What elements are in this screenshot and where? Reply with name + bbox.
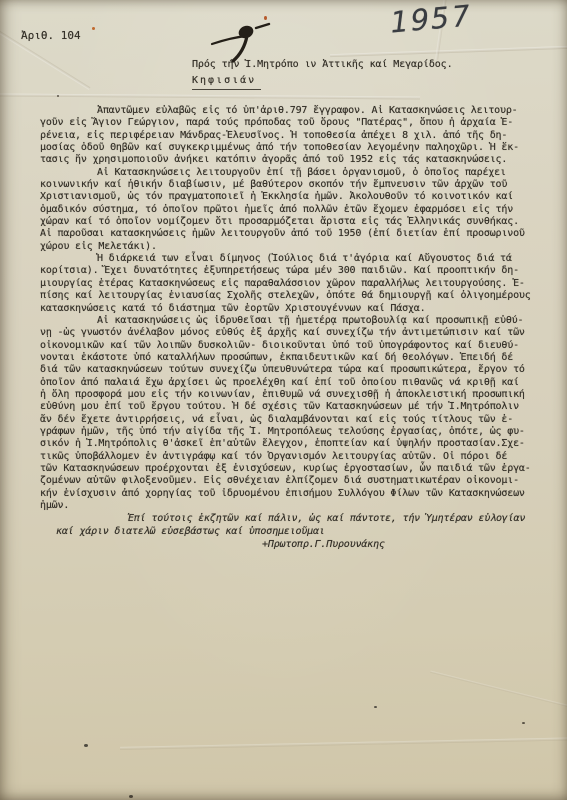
body-line: Χριστιανισμοῦ, ὡς τόν πραγματοποιεῖ ἡ Ἐκ… bbox=[40, 191, 552, 203]
recipient-block: Πρός τήν Ἱ.Μητρόπο ιν Ἀττικῆς καί Μεγαρί… bbox=[192, 57, 453, 90]
reference-number: Ἀριθ. 104 bbox=[21, 29, 81, 42]
paper-speck bbox=[522, 722, 525, 724]
body-line: τικῶς ὑποβάλλομεν ἐν ἀντιγράφῳ καί τόν Ὀ… bbox=[40, 451, 552, 463]
body-line: κατασκηνώσεις κατά τό διάστημα τῶν ἑορτῶ… bbox=[40, 303, 552, 315]
body-line: εὐθύνη μου ἐπί τοῦ ἔργου τούτου. Ἡ δέ σχ… bbox=[40, 401, 552, 413]
paper-speck bbox=[129, 795, 133, 798]
body-line: τῶν Κατασκηνώσεων προέρχονται ἐξ ἐνισχύσ… bbox=[40, 463, 552, 475]
body-line: ζομένων αὐτῶν φιλοξενοῦμεν. Εἰς σθνέχεια… bbox=[40, 475, 552, 487]
closing-line: Ἐπί τούτοις ἐκζητῶν καί πάλιν, ὡς καί πά… bbox=[56, 513, 525, 526]
paper-speck bbox=[92, 27, 95, 30]
scanned-letter-page: Ἀριθ. 104 1957 Πρός τήν Ἱ.Μητρόπο ιν Ἀττ… bbox=[0, 0, 567, 800]
body-line: Αἱ Κατασκηνώσεις λειτουργοῦν ἐπί τῇ βάσε… bbox=[40, 167, 552, 179]
body-line: Αἱ παροῦσαι κατασκηνώσεις ἡμῶν λειτουργο… bbox=[40, 228, 552, 240]
body-line: τασις ἥν χρησιμοποιοῦν ἀνήκει κατόπιν ἀγ… bbox=[40, 154, 552, 166]
body-line: γράφων ἡμῶν, τῆς ὑπό τήν αἰγίδα τῆς Ἱ. Μ… bbox=[40, 426, 552, 438]
body-line: ρένεια, εἰς περιφέρειαν Μάνδρας-Ἐλευσῖνο… bbox=[40, 130, 552, 142]
body-line: κορίτσια). Ἔχει δυνατότητες ἐξυπηρετήσεω… bbox=[40, 265, 552, 277]
body-line: ἡ ὅλη προσφορά μου εἰς τήν κοινωνίαν, ἐπ… bbox=[40, 389, 552, 401]
paper-crease bbox=[430, 671, 567, 712]
body-line: κήν ἐνίσχυσιν ἀπό χορηγίας τοῦ ἱδρυομένο… bbox=[40, 488, 552, 500]
body-line: γοῦν εἰς Ἅγιον Γεώργιον, παρά τούς πρόπο… bbox=[40, 117, 552, 129]
body-line: οἰκονομικῶν καί τῶν λοιπῶν δυσκολιῶν- δι… bbox=[40, 340, 552, 352]
body-line: διά τῶν κατασκηνώσεων τούτων συνεχίζω ὑπ… bbox=[40, 364, 552, 376]
body-line: νονται ἑκάστοτε ὑπό καταλλήλων προσώπων,… bbox=[40, 352, 552, 364]
closing-block: Ἐπί τούτοις ἐκζητῶν καί πάλιν, ὡς καί πά… bbox=[56, 513, 525, 551]
paper-crease bbox=[330, 46, 567, 57]
paper-crease bbox=[120, 737, 567, 750]
body-line: Αἱ κατασκηνώσεις ὡς ἱδρυθεῖσαι τῇ ἡμετέρ… bbox=[40, 315, 552, 327]
body-line: χώρου εἰς Μελετάκι). bbox=[40, 241, 552, 253]
body-line: σικόν ἡ Ἱ.Μητρόπολις θ'ἀσκεῖ ἐπ'αὐτῶν ἔλ… bbox=[40, 438, 552, 450]
paper-speck bbox=[57, 95, 59, 97]
body-line: Ἀπαντῶμεν εὐλαβῶς εἰς τό ὑπ'ἀριθ.797 ἔγγ… bbox=[40, 105, 552, 117]
body-line: Ἡ διάρκειά των εἶναι δίμηνος (Ἰούλιος δι… bbox=[40, 253, 552, 265]
body-line: μιουργίας ἑτέρας Κατασκηνώσεως εἰς παραθ… bbox=[40, 278, 552, 290]
paper-speck bbox=[84, 744, 88, 747]
body-line: χώραν καί τό ὁποῖον νομίζομεν ὅτι προσαρ… bbox=[40, 216, 552, 228]
handwritten-year-annotation: 1957 bbox=[388, 0, 474, 40]
body-line: κοινωνικήν καί ἠθικήν διαβίωσιν, μέ βαθύ… bbox=[40, 179, 552, 191]
body-line: ὁποῖον ἀπό παλαιά ἔχω ἀρχίσει ὡς προελέχ… bbox=[40, 377, 552, 389]
body-line: πίσης καί λειτουργίας ἐνιαυσίας Σχολῆς σ… bbox=[40, 290, 552, 302]
body-line: νῃ -ὡς γνωστόν ἀνέλαβον μόνος εὐθύς ἐξ ἀ… bbox=[40, 327, 552, 339]
paper-crease bbox=[0, 94, 420, 100]
recipient-line: Πρός τήν Ἱ.Μητρόπο ιν Ἀττικῆς καί Μεγαρί… bbox=[192, 57, 453, 72]
letter-body: Ἀπαντῶμεν εὐλαβῶς εἰς τό ὑπ'ἀριθ.797 ἔγγ… bbox=[40, 105, 552, 512]
body-line: μοσίας ὁδοῦ Θηβῶν καί συγκεκριμμένως ἀπό… bbox=[40, 142, 552, 154]
paper-speck bbox=[374, 706, 377, 708]
recipient-city-underlined: Κηφισιάν bbox=[192, 73, 261, 90]
body-line: ἡμῶν. bbox=[40, 500, 552, 512]
body-line: ἄν δέν ἔχετε ἀντιρρήσεις, νά εἶναι, ὡς δ… bbox=[40, 414, 552, 426]
body-line: ὁμαδικόν σύστημα, τό ὁποῖον πρῶτοι ἡμεῖς… bbox=[40, 204, 552, 216]
signature: +Πρωτοπρ.Γ.Πυρουνάκης bbox=[56, 539, 525, 552]
closing-line: καί χάριν διατελῶ εὐσεβάστως καί ὑποσημε… bbox=[56, 526, 525, 539]
